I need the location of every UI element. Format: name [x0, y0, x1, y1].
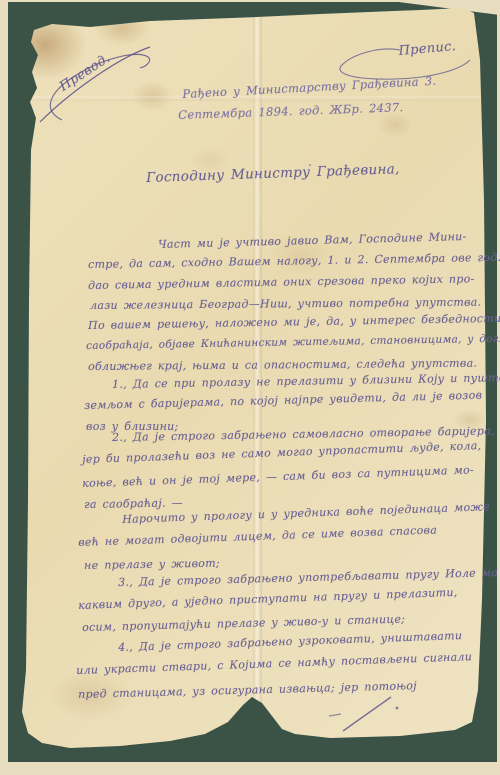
paragraph-line: га саобраћај. — — [84, 496, 183, 511]
paragraph-line: не прелазе у живот; — [84, 557, 220, 572]
scanned-letter-page: Препис. Превод. Рађено у Министарству Гр… — [0, 0, 500, 775]
